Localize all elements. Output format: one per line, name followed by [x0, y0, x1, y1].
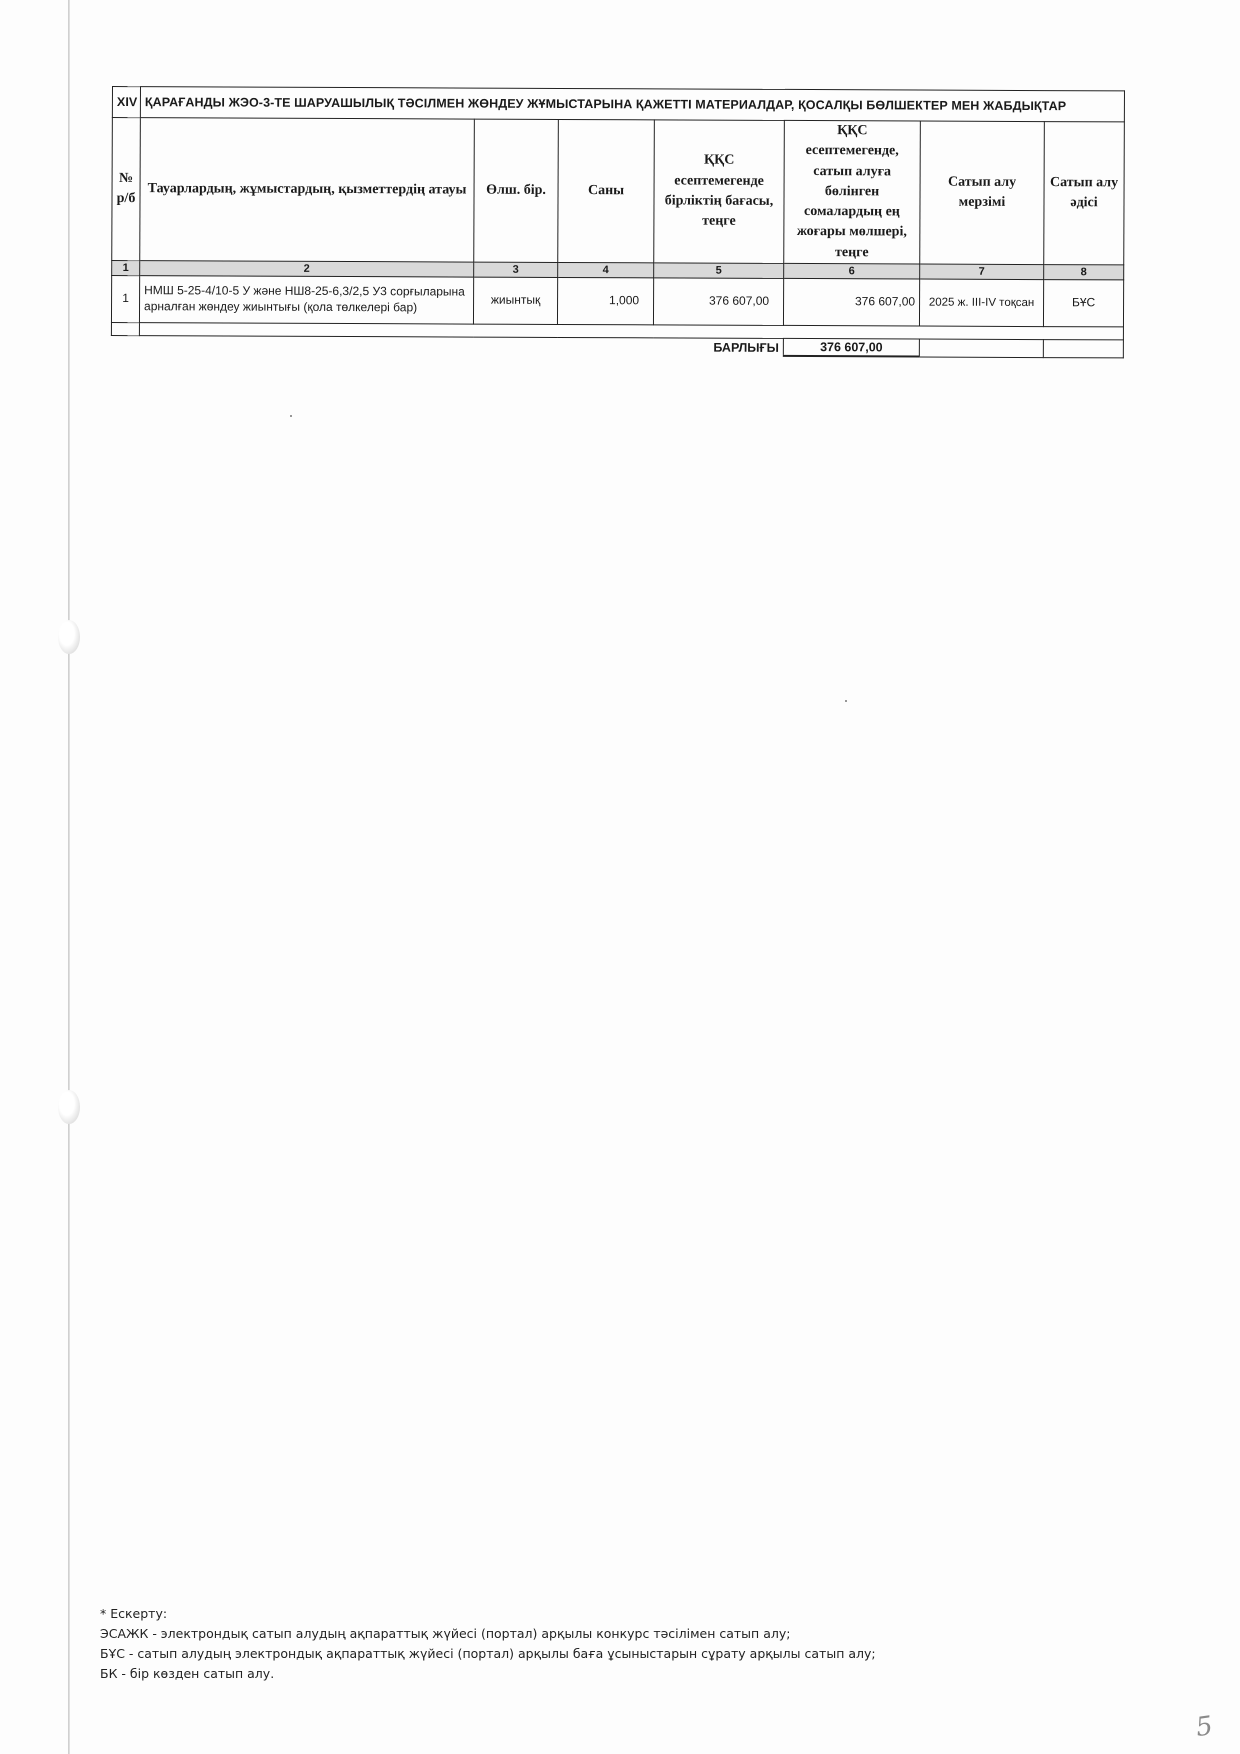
header-row: № р/б Тауарлардың, жұмыстардың, қызметте… [112, 118, 1125, 265]
punch-hole-bottom [58, 1090, 80, 1124]
total-label: БАРЛЫҒЫ [111, 336, 783, 356]
header-quantity: Саны [558, 119, 655, 262]
column-number: 1 [112, 261, 140, 276]
column-number: 4 [558, 263, 654, 278]
header-name: Тауарлардың, жұмыстардың, қызметтердің а… [140, 118, 475, 263]
row-number: 1 [111, 276, 139, 323]
footnote-line: БҰС - сатып алудың электрондық ақпаратты… [100, 1644, 876, 1664]
footnote: * Ескерту: ЭСАЖК - электрондық сатып алу… [100, 1604, 876, 1684]
header-method: Сатып алу әдісі [1044, 122, 1125, 265]
footnote-title: * Ескерту: [100, 1604, 876, 1624]
header-unit-price: ҚҚС есептемегенде бірліктің бағасы, теңг… [654, 120, 785, 264]
column-number: 8 [1044, 265, 1124, 280]
procurement-table: XIV ҚАРАҒАНДЫ ЖЭО-3-ТЕ ШАРУАШЫЛЫҚ ТӘСІЛМ… [111, 86, 1125, 358]
section-title-row: XIV ҚАРАҒАНДЫ ЖЭО-3-ТЕ ШАРУАШЫЛЫҚ ТӘСІЛМ… [112, 87, 1124, 122]
footnote-line: ЭСАЖК - электрондық сатып алудың ақпарат… [100, 1624, 876, 1644]
header-unit: Өлш. бір. [474, 119, 559, 262]
header-no: № р/б [112, 118, 141, 261]
section-title: ҚАРАҒАНДЫ ЖЭО-3-ТЕ ШАРУАШЫЛЫҚ ТӘСІЛМЕН Ж… [140, 87, 1124, 122]
punch-hole-top [58, 620, 80, 654]
column-number: 7 [920, 264, 1044, 280]
total-value: 376 607,00 [783, 339, 919, 357]
item-method: БҰС [1043, 280, 1123, 327]
binding-margin-line [68, 0, 70, 1754]
column-number: 5 [654, 263, 784, 279]
handwritten-page-number: 5 [1194, 1711, 1215, 1743]
header-max-amount: ҚҚС есептемегенде, сатып алуға бөлінген … [784, 120, 921, 264]
scan-speck [290, 415, 292, 417]
section-number: XIV [112, 87, 140, 118]
column-number: 6 [784, 264, 920, 280]
table-row: 1 НМШ 5-25-4/10-5 У және НШ8-25-6,3/2,5 … [111, 276, 1123, 327]
header-period: Сатып алу мерзімі [920, 121, 1045, 265]
item-quantity: 1,000 [557, 278, 653, 325]
footnote-line: БК - бір көзден сатып алу. [100, 1664, 876, 1684]
item-period: 2025 ж. III-IV тоқсан [919, 279, 1043, 327]
total-row: БАРЛЫҒЫ 376 607,00 [111, 336, 1123, 358]
item-max-amount: 376 607,00 [783, 279, 919, 327]
scan-speck [845, 700, 847, 702]
column-number: 3 [474, 262, 558, 277]
item-unit: жиынтық [473, 277, 557, 324]
item-name: НМШ 5-25-4/10-5 У және НШ8-25-6,3/2,5 У3… [139, 276, 473, 324]
item-unit-price: 376 607,00 [653, 278, 783, 326]
column-number: 2 [140, 261, 474, 277]
